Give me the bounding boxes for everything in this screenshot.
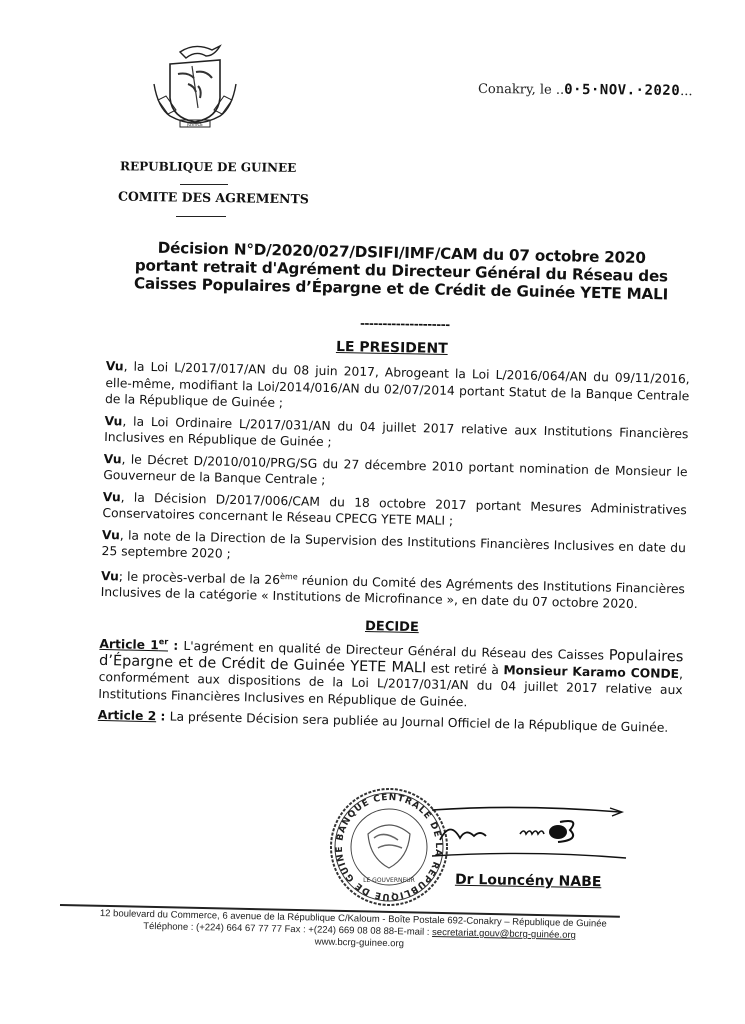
president-heading: LE PRESIDENT [336,339,448,357]
article-1: Article 1er : L'agrément en qualité de D… [98,633,683,715]
committee-heading: COMITE DES AGREMENTS [118,189,309,207]
date-stamp: 0·5·NOV.·2020 [564,82,680,99]
title-separator: -------------------- [360,316,450,331]
republic-heading: REPUBLIQUE DE GUINEE [120,159,296,175]
decision-body: Vu, la Loi L/2017/017/AN du 08 juin 2017… [98,358,690,742]
article-1-label: Article 1er [99,637,168,653]
date-prefix: Conakry, le .. [478,82,564,98]
svg-text:LE GOUVERNEUR: LE GOUVERNEUR [363,877,415,884]
document-page: JUSTICE Conakry, le ..0·5·NOV.·2020... R… [0,0,745,1024]
place-date: Conakry, le ..0·5·NOV.·2020... [478,81,693,99]
article-2-label: Article 2 [98,708,157,723]
footer-email-link[interactable]: secretariat.gouv@bcrg-guinée.org [432,927,576,941]
divider [176,216,226,217]
signature [430,800,630,870]
date-suffix: ... [680,84,693,99]
decision-title: Décision N°D/2020/027/DSIFI/IMF/CAM du 0… [121,238,682,304]
divider [180,184,228,185]
signer-name: Dr Louncény NABE [455,872,602,891]
consideration: Vu; le procès-verbal de la 26ème réunion… [100,564,685,613]
svg-text:JUSTICE: JUSTICE [186,122,203,127]
consideration: Vu, la Loi L/2017/017/AN du 08 juin 2017… [105,358,690,421]
coat-of-arms-icon: JUSTICE [140,38,250,136]
